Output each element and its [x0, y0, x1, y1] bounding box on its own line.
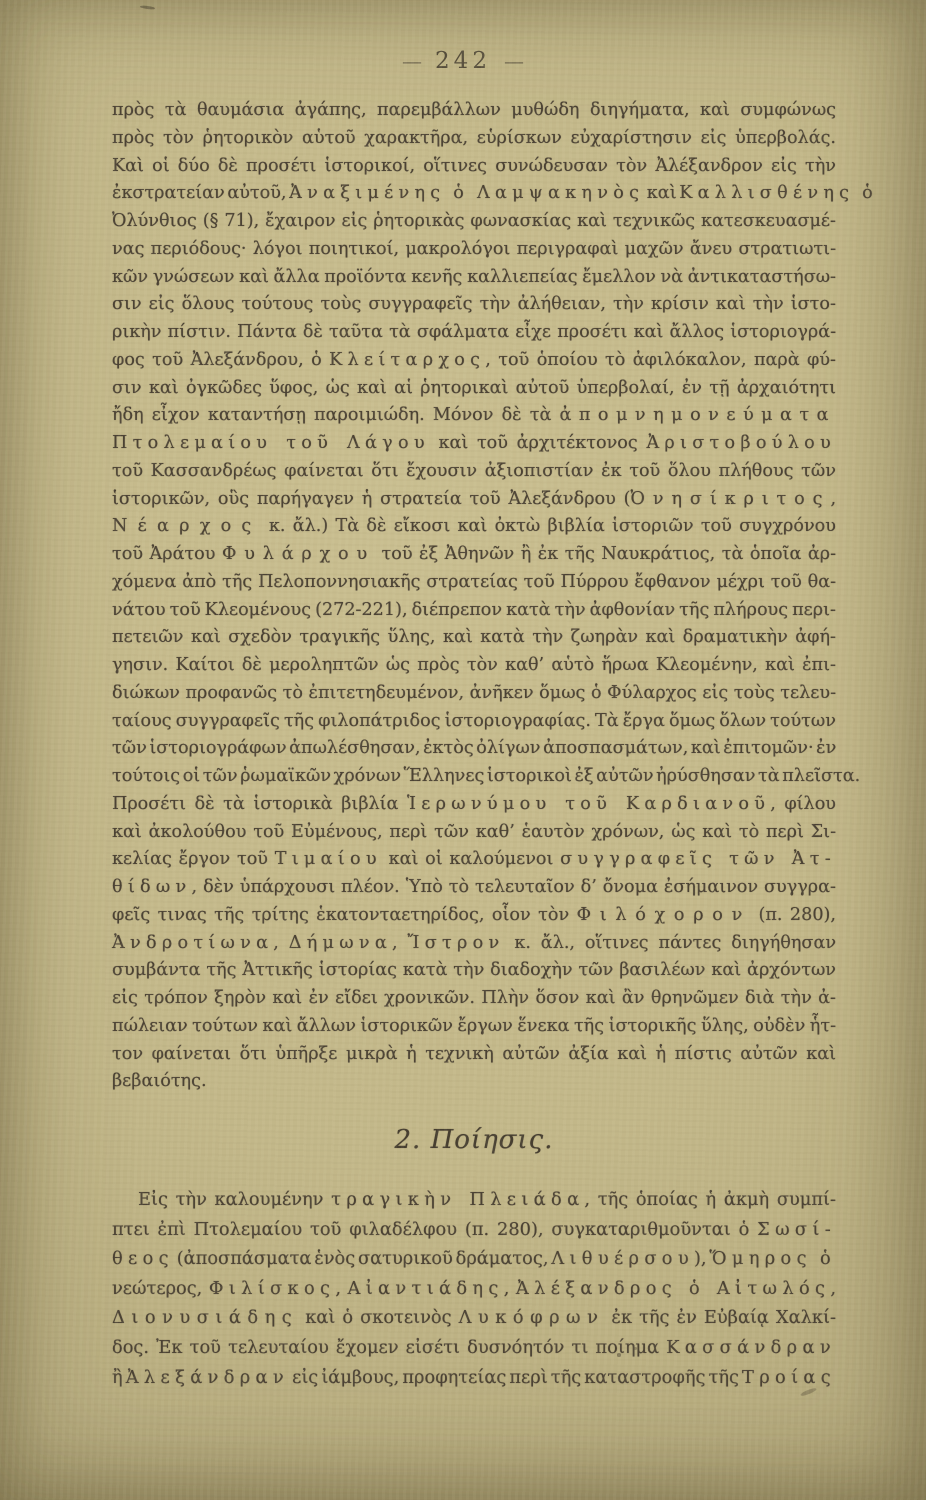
text-line: διώκων προφανῶς τὸ ἐπιτετηδευμένον, ἀνῆκ… [112, 680, 836, 708]
spaced-name: Διονυσιάδης [112, 1307, 298, 1328]
text-run: ἐκ τῆς ἐν Εὐβαίᾳ Χαλκί- [604, 1307, 836, 1328]
text-line: σιν εἰς ὅλους τούτους τοὺς συγγραφεῖς τὴ… [112, 291, 836, 319]
text-line: συμβάντα τῆς Ἀττικῆς ἱστορίας κατὰ τὴν δ… [112, 957, 836, 985]
text-line: Καὶ οἱ δύο δὲ προσέτι ἱστορικοί, οἵτινες… [112, 153, 836, 181]
spaced-name: Ὅμηρος ὁ [709, 1248, 836, 1269]
text-line: πώλειαν τούτων καὶ ἄλλων ἱστορικῶν ἔργων… [112, 1013, 836, 1041]
text-line: νάτου τοῦ Κλεομένους (272-221), διέπρεπο… [112, 597, 836, 625]
section-heading: 2. Ποίησις. [112, 1120, 836, 1160]
text-run: βεβαιότης. [112, 1071, 207, 1091]
text-run: κῶν γνώσεων καὶ ἄλλα προϊόντα κενῆς καλλ… [112, 267, 836, 287]
text-run: , φίλου [770, 794, 836, 814]
text-run: γησιν. Καίτοι δὲ μεροληπτῶν ὡς πρὸς τὸν … [112, 655, 836, 675]
text-run: νας περιόδους· λόγοι ποιητικοί, μακρολόγ… [112, 239, 836, 259]
text-run: καὶ ἀκολούθου τοῦ Εὐμένους, περὶ τῶν καθ… [112, 822, 836, 842]
spaced-name: τραγικὴν Πλειάδα [331, 1189, 584, 1210]
text-run: φος τοῦ Ἀλεξάνδρου, ὁ [112, 350, 329, 370]
text-run: , δὲν ὑπάρχουσι πλέον. Ὑπὸ τὸ τελευταῖον… [192, 877, 836, 897]
text-run: νάτου τοῦ Κλεομένους (272-221), διέπρεπο… [112, 600, 836, 620]
text-run: ἤδη εἶχον καταντήσῃ παροιμιώδη. Μόνον δὲ… [112, 405, 560, 425]
text-line: πρὸς τὰ θαυμάσια ἀγάπης, παρεμβάλλων μυθ… [112, 97, 836, 125]
page-number: 242 [435, 48, 491, 74]
text-run: χόμενα ἀπὸ τῆς Πελοποννησιακῆς στρατείας… [112, 572, 836, 592]
text-line: Προσέτι δὲ τὰ ἱστορικὰ βιβλία Ἱερωνύμου … [112, 791, 836, 819]
text-run: Εἰς τὴν καλουμένην [138, 1189, 331, 1210]
text-line: νας περιόδους· λόγοι ποιητικοί, μακρολόγ… [112, 236, 836, 264]
text-run: , τῆς ὁποίας ἡ ἀκμὴ συμπί- [584, 1189, 836, 1210]
text-line: τοῦ Κασσανδρέως φαίνεται ὅτι ἔχουσιν ἀξι… [112, 458, 836, 486]
text-line: ἐκστρατείαν αὐτοῦ, Ἀναξιμένης ὁ Λαμψακην… [112, 180, 836, 208]
spaced-name: Ἀλέξανδρος ὁ Αἰτωλός [516, 1278, 830, 1299]
spaced-name: Ἀριστοβούλου [646, 433, 836, 453]
text-line: Ἀνδροτίωνα, Δήμωνα, Ἴστρον κ. ἄλ., οἵτιν… [112, 930, 836, 958]
text-run: Ὀλύνθιος (§ 71), ἔχαιρον εἰς ῥητορικὰς φ… [112, 211, 836, 231]
text-line: καὶ ἀκολούθου τοῦ Εὐμένους, περὶ τῶν καθ… [112, 819, 836, 847]
text-line: ἤδη εἶχον καταντήσῃ παροιμιώδη. Μόνον δὲ… [112, 402, 836, 430]
spaced-name: Φυλάρχου [222, 544, 375, 564]
text-run: σιν εἰς ὅλους τούτους τοὺς συγγραφεῖς τὴ… [112, 294, 836, 314]
spaced-name: Κλείταρχος [329, 350, 485, 370]
spaced-name: Ἀνδροτίωνα [112, 933, 273, 953]
spaced-name: Ἀλεξάνδραν [126, 1367, 289, 1388]
text-run: συμβάντα τῆς Ἀττικῆς ἱστορίας κατὰ τὴν δ… [112, 960, 836, 980]
text-line: Διονυσιάδης καὶ ὁ σκοτεινὸς Λυκόφρων ἐκ … [112, 1303, 836, 1333]
text-line: τῶν ἱστοριογράφων ἀπωλέσθησαν, ἐκτὸς ὀλί… [112, 735, 836, 763]
text-run: , [335, 1278, 347, 1299]
text-run: διώκων προφανῶς τὸ ἐπιτετηδευμένον, ἀνῆκ… [112, 683, 836, 703]
text-line: τοῦ Ἀράτου Φυλάρχου τοῦ ἐξ Ἀθηνῶν ἢ ἐκ τ… [112, 541, 836, 569]
text-run: ἐκστρατείαν αὐτοῦ, [112, 183, 289, 203]
text-run: , [830, 1278, 836, 1299]
text-line: Πτολεμαίου τοῦ Λάγου καὶ τοῦ ἀρχιτέκτονο… [112, 430, 836, 458]
spaced-name: Πτολεμαίου τοῦ Λάγου [112, 433, 430, 453]
text-run: σιν καὶ ὀγκῶδες ὕφος, ὡς καὶ αἱ ῥητορικα… [112, 378, 836, 398]
text-run: πετειῶν καὶ σχεδὸν τραγικῆς ὕλης, καὶ κα… [112, 627, 836, 647]
paragraph: Εἰς τὴν καλουμένην τραγικὴν Πλειάδα, τῆς… [112, 1185, 836, 1392]
spaced-name: Δήμωνα [289, 933, 392, 953]
text-line: χόμενα ἀπὸ τῆς Πελοποννησιακῆς στρατείας… [112, 569, 836, 597]
text-run: εἰς ἰάμβους, προφητείας περὶ τῆς καταστρ… [289, 1367, 742, 1388]
text-run: , [392, 933, 407, 953]
text-run: καὶ [644, 183, 679, 203]
spaced-name: Ἴστρον [408, 933, 505, 953]
text-line: θεος (ἀποσπάσματα ἑνὸς σατυρικοῦ δράματο… [112, 1244, 836, 1274]
spaced-name: Φιλόχορον [577, 905, 751, 925]
text-line: τούτοις οἱ τῶν ῥωμαϊκῶν χρόνων Ἕλληνες ἱ… [112, 763, 836, 791]
text-run: καὶ ὁ σκοτεινὸς [298, 1307, 458, 1328]
text-run: καὶ οἱ καλούμενοι [382, 849, 560, 869]
text-line: εἰς τρόπον ξηρὸν καὶ ἐν εἴδει χρονικῶν. … [112, 985, 836, 1013]
spaced-name: Νέαρχος [112, 516, 262, 536]
text-run: , [504, 1278, 516, 1299]
text-run: ), [694, 1248, 709, 1269]
spaced-name: Κασσάνδραν [666, 1337, 836, 1358]
header-dash-left: — [402, 49, 422, 73]
text-run: Καὶ οἱ δύο δὲ προσέτι ἱστορικοί, οἵτινες… [112, 156, 836, 176]
text-run: ἱστορικῶν, οὓς παρήγαγεν ἡ στρατεία τοῦ … [112, 489, 631, 509]
spaced-name: θίδων [112, 877, 192, 897]
spaced-name: συγγραφεῖς τῶν Ἀτ- [560, 849, 836, 869]
text-line: σιν καὶ ὀγκῶδες ὕφος, ὡς καὶ αἱ ῥητορικα… [112, 375, 836, 403]
text-line: ἱστορικῶν, οὓς παρήγαγεν ἡ στρατεία τοῦ … [112, 486, 836, 514]
text-line: Νέαρχος κ. ἄλ.) Τὰ δὲ εἴκοσι καὶ ὀκτὼ βι… [112, 513, 836, 541]
text-run: κ. ἄλ., οἵτινες πάντες διηγήθησαν [505, 933, 837, 953]
text-run: , [830, 489, 836, 509]
paper-speck [140, 5, 155, 10]
text-run: , τοῦ ὁποίου τὸ ἀφιλόκαλον, παρὰ φύ- [485, 350, 836, 370]
text-run: (ἀποσπάσματα ἑνὸς σατυρικοῦ δράματος, [174, 1248, 551, 1269]
text-line: φεῖς τινας τῆς τρίτης ἑκατονταετηρίδος, … [112, 902, 836, 930]
spaced-name: Αἰαντιάδης [348, 1278, 504, 1299]
spaced-name: Ἱερωνύμου τοῦ Καρδιανοῦ [407, 794, 770, 814]
text-line: ταίους συγγραφεῖς τῆς φιλοπάτριδος ἱστορ… [112, 708, 836, 736]
text-run: καὶ τοῦ ἀρχιτέκτονος [430, 433, 647, 453]
spaced-name: Τιμαίου [275, 849, 382, 869]
text-run: πρὸς τὸν ῥητορικὸν αὑτοῦ χαρακτῆρα, εὑρί… [112, 128, 836, 148]
spaced-name: Λιθυέρσου [551, 1248, 694, 1269]
spaced-name: Φιλίσκος [209, 1278, 335, 1299]
text-line: ἢ Ἀλεξάνδραν εἰς ἰάμβους, προφητείας περ… [112, 1363, 836, 1393]
text-line: κῶν γνώσεων καὶ ἄλλα προϊόντα κενῆς καλλ… [112, 264, 836, 292]
text-run: πώλειαν τούτων καὶ ἄλλων ἱστορικῶν ἔργων… [112, 1016, 836, 1036]
spaced-name: Τροίας [742, 1367, 836, 1388]
text-run: πρὸς τὰ θαυμάσια ἀγάπης, παρεμβάλλων μυθ… [112, 100, 836, 120]
text-run: τῶν ἱστοριογράφων ἀπωλέσθησαν, ἐκτὸς ὀλί… [112, 738, 836, 758]
text-line: νεώτερος, Φιλίσκος, Αἰαντιάδης, Ἀλέξανδρ… [112, 1274, 836, 1304]
text-line: πρὸς τὸν ῥητορικὸν αὑτοῦ χαρακτῆρα, εὑρί… [112, 125, 836, 153]
text-line: ρικὴν πίστιν. Πάντα δὲ ταῦτα τὰ σφάλματα… [112, 319, 836, 347]
text-run: ταίους συγγραφεῖς τῆς φιλοπάτριδος ἱστορ… [112, 711, 836, 731]
spaced-name: Καλλισθένης ὁ [679, 183, 878, 203]
spaced-name: Σωσί- [757, 1219, 836, 1240]
paragraph: πρὸς τὰ θαυμάσια ἀγάπης, παρεμβάλλων μυθ… [112, 97, 836, 1096]
scanned-book-page: —242— πρὸς τὰ θαυμάσια ἀγάπης, παρεμβάλλ… [0, 0, 926, 1500]
spaced-name: Λυκόφρων [459, 1307, 605, 1328]
text-line: γησιν. Καίτοι δὲ μεροληπτῶν ὡς πρὸς τὸν … [112, 652, 836, 680]
page-header: —242— [0, 48, 926, 74]
text-line: θίδων, δὲν ὑπάρχουσι πλέον. Ὑπὸ τὸ τελευ… [112, 874, 836, 902]
text-line: Εἰς τὴν καλουμένην τραγικὴν Πλειάδα, τῆς… [112, 1185, 836, 1215]
page-body: πρὸς τὰ θαυμάσια ἀγάπης, παρεμβάλλων μυθ… [112, 97, 836, 1392]
text-run: ἢ [112, 1367, 126, 1388]
text-run: , [273, 933, 288, 953]
text-run: νεώτερος, [112, 1278, 209, 1299]
header-dash-right: — [504, 49, 524, 73]
text-run: εἰς τρόπον ξηρὸν καὶ ἐν εἴδει χρονικῶν. … [112, 988, 836, 1008]
text-run: (π. 280), [751, 905, 836, 925]
text-run: τούτοις οἱ τῶν ῥωμαϊκῶν χρόνων Ἕλληνες ἱ… [112, 766, 860, 786]
text-line: δος. Ἐκ τοῦ τελευταίου ἔχομεν εἰσέτι δυσ… [112, 1333, 836, 1363]
text-run: κελίας ἔργον τοῦ [112, 849, 275, 869]
text-run: δος. Ἐκ τοῦ τελευταίου ἔχομεν εἰσέτι δυσ… [112, 1337, 666, 1358]
spaced-name: Ἀναξιμένης ὁ Λαμψακηνὸς [289, 183, 644, 203]
text-line: Ὀλύνθιος (§ 71), ἔχαιρον εἰς ῥητορικὰς φ… [112, 208, 836, 236]
text-line: πετειῶν καὶ σχεδὸν τραγικῆς ὕλης, καὶ κα… [112, 624, 836, 652]
text-run: τον φαίνεται ὅτι ὑπῆρξε μικρὰ ἡ τεχνικὴ … [112, 1044, 836, 1064]
spaced-name: ἀπομνημονεύματα [560, 405, 837, 425]
text-run: φεῖς τινας τῆς τρίτης ἑκατονταετηρίδος, … [112, 905, 577, 925]
text-run: πτει ἐπὶ Πτολεμαίου τοῦ φιλαδέλφου (π. 2… [112, 1219, 757, 1240]
text-line: κελίας ἔργον τοῦ Τιμαίου καὶ οἱ καλούμεν… [112, 846, 836, 874]
text-run: Προσέτι δὲ τὰ ἱστορικὰ βιβλία [112, 794, 407, 814]
text-line: φος τοῦ Ἀλεξάνδρου, ὁ Κλείταρχος, τοῦ ὁπ… [112, 347, 836, 375]
text-line: τον φαίνεται ὅτι ὑπῆρξε μικρὰ ἡ τεχνικὴ … [112, 1041, 836, 1069]
spaced-name: Ὀνησίκριτος [631, 489, 831, 509]
text-run: τοῦ ἐξ Ἀθηνῶν ἢ ἐκ τῆς Ναυκράτιος, τὰ ὁπ… [375, 544, 836, 564]
text-run: τοῦ Ἀράτου [112, 544, 222, 564]
text-run: κ. ἄλ.) Τὰ δὲ εἴκοσι καὶ ὀκτὼ βιβλία ἱστ… [262, 516, 836, 536]
text-run: ρικὴν πίστιν. Πάντα δὲ ταῦτα τὰ σφάλματα… [112, 322, 836, 342]
spaced-name: θεος [112, 1248, 174, 1269]
text-line: βεβαιότης. [112, 1068, 836, 1096]
text-line: πτει ἐπὶ Πτολεμαίου τοῦ φιλαδέλφου (π. 2… [112, 1215, 836, 1245]
text-run: τοῦ Κασσανδρέως φαίνεται ὅτι ἔχουσιν ἀξι… [112, 461, 836, 481]
